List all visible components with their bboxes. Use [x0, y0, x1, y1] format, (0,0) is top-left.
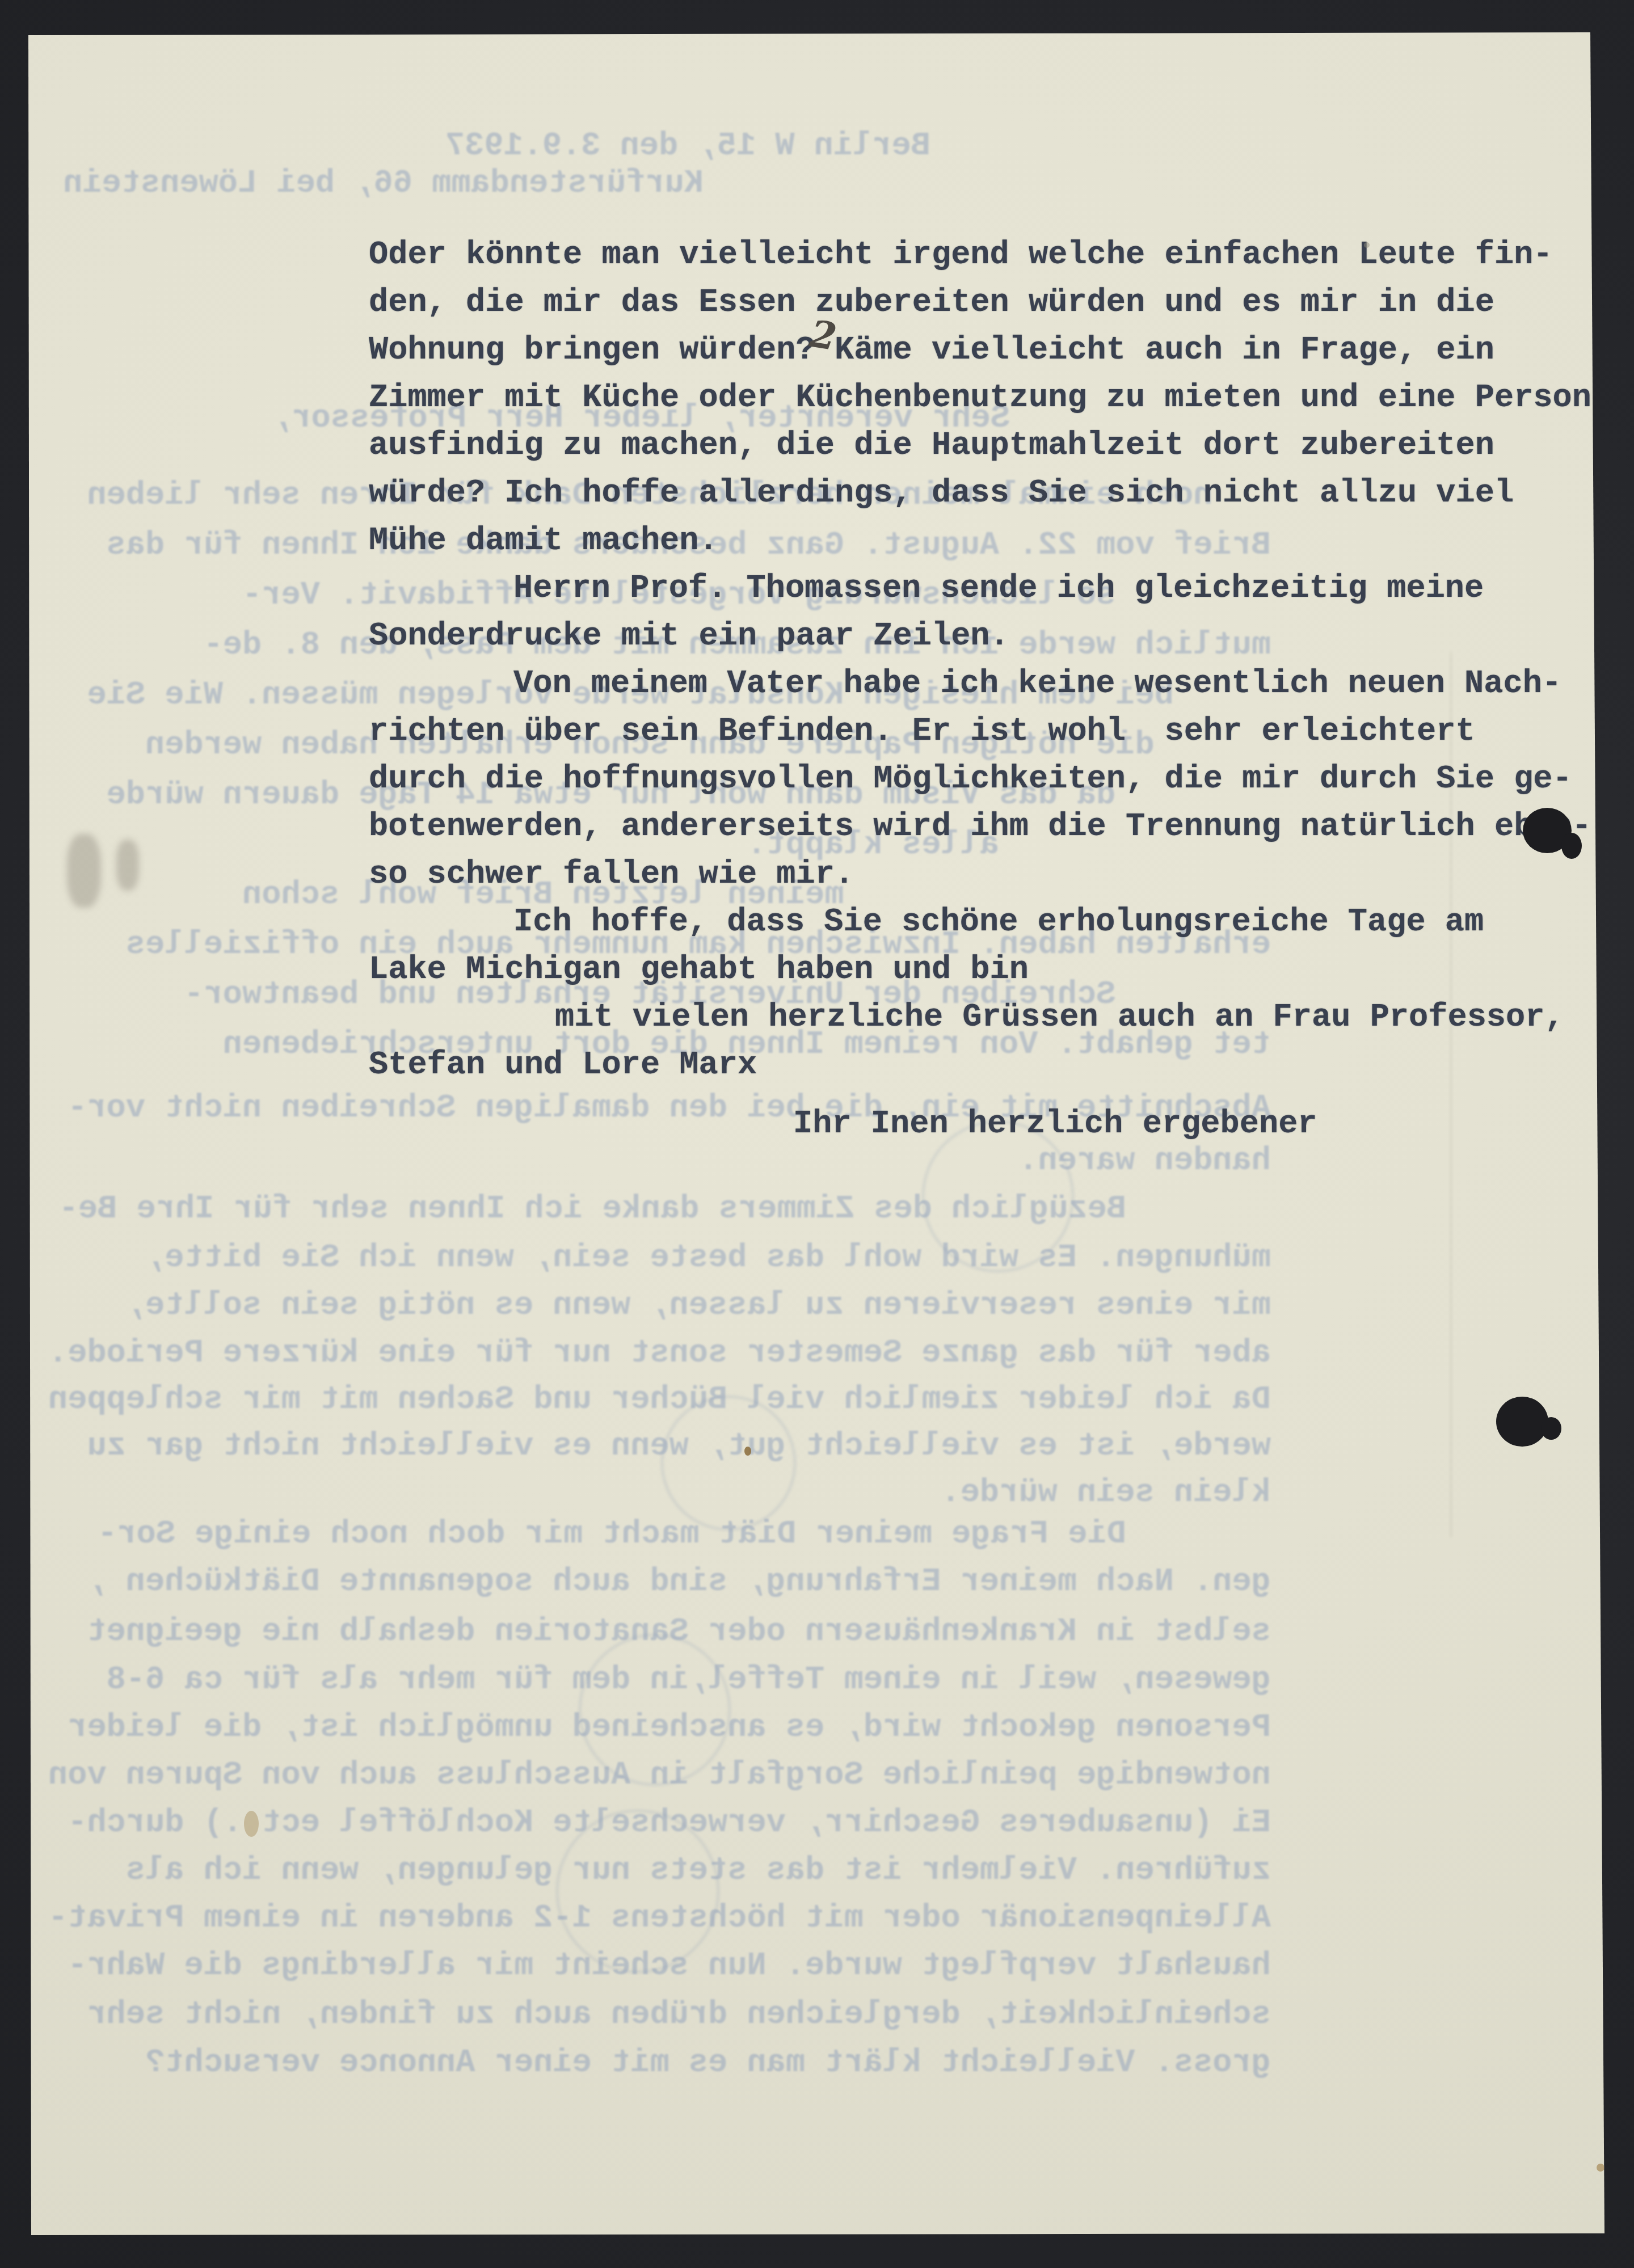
ink-blot: [1561, 833, 1582, 859]
ghost-bleedthrough-line: mir eines reservieren zu lassen, wenn es…: [126, 1288, 1271, 1324]
typed-line: botenwerden, andererseits wird ihm die T…: [369, 809, 1591, 845]
typed-line: Stefan und Lore Marx: [369, 1047, 757, 1084]
paper-stain: [1364, 242, 1370, 248]
ghost-bleedthrough-line: Die Frage meiner Diät macht mir doch noc…: [98, 1516, 1126, 1553]
typed-line: Von meinem Vater habe ich keine wesentli…: [513, 666, 1561, 702]
ghost-bleedthrough-line: aber für das ganze Semester sonst nur fü…: [48, 1335, 1271, 1372]
typed-line: Mühe damit machen.: [369, 523, 718, 559]
pencil-smudge: [67, 834, 101, 908]
scanned-letter-page: { "page": { "kind": "typewritten letter …: [0, 0, 1634, 2268]
typed-line: richten über sein Befinden. Er ist wohl …: [369, 714, 1475, 750]
ghost-bleedthrough-line: klein sein würde.: [941, 1475, 1271, 1511]
ghost-bleedthrough-line: gross. Vielleicht klärt man es mit einer…: [145, 2045, 1271, 2081]
ghost-bleedthrough-line: Kurfürstendamm 66, bei Löwenstein: [63, 166, 704, 202]
ghost-bleedthrough-line: Da ich leider ziemlich viel Bücher und S…: [48, 1382, 1271, 1418]
typed-line: durch die hoffnungsvollen Möglichkeiten,…: [369, 761, 1572, 798]
typed-line: Wohnung bringen würden? Käme vielleicht …: [369, 332, 1494, 369]
typed-line: Ihr Inen herzlich ergebener: [793, 1106, 1317, 1143]
ink-blot: [1541, 1417, 1561, 1440]
stamp-bleed-circle: [579, 1634, 731, 1786]
letter-paper: Berlin W 15, den 3.9.1937Kurfürstendamm …: [0, 0, 1634, 2268]
paper-stain: [244, 1811, 259, 1837]
stamp-bleed-circle: [556, 1810, 719, 1973]
ink-blot: [1496, 1397, 1548, 1447]
stamp-bleed-circle: [922, 1120, 1074, 1272]
typed-line: Sonderdrucke mit ein paar Zeilen.: [369, 618, 1009, 655]
stamp-bleed-circle: [661, 1396, 796, 1531]
typed-line: den, die mir das Essen zubereiten würden…: [369, 285, 1494, 321]
typed-line: Herrn Prof. Thomassen sende ich gleichze…: [513, 571, 1484, 607]
typed-line: Zimmer mit Küche oder Küchenbenutzung zu…: [369, 380, 1591, 416]
typed-line: Oder könnte man vielleicht irgend welche…: [369, 237, 1553, 273]
ghost-bleedthrough-line: scheinlichkeit, dergleichen drüben auch …: [87, 1997, 1271, 2033]
ghost-bleedthrough-line: Berlin W 15, den 3.9.1937: [445, 128, 930, 165]
typed-line: so schwer fallen wie mir.: [369, 857, 854, 893]
typed-line: würde? Ich hoffe allerdings, dass Sie si…: [369, 475, 1514, 512]
paper-crease: [1450, 652, 1452, 1537]
typed-line: Lake Michigan gehabt haben und bin: [369, 952, 1029, 988]
paper-stain: [1597, 2164, 1604, 2172]
ghost-bleedthrough-line: mühungen. Es wird wohl das beste sein, w…: [145, 1240, 1271, 1276]
ghost-bleedthrough-line: gen. Nach meiner Erfahrung, sind auch so…: [87, 1564, 1271, 1600]
typed-line: Ich hoffe, dass Sie schöne erholungsreic…: [513, 904, 1484, 941]
paper-stain: [744, 1447, 751, 1456]
typed-line: mit vielen herzliche Grüssen auch an Fra…: [555, 1000, 1564, 1036]
typed-line: ausfindig zu machen, die die Hauptmahlze…: [369, 428, 1494, 464]
pencil-smudge: [116, 840, 139, 891]
